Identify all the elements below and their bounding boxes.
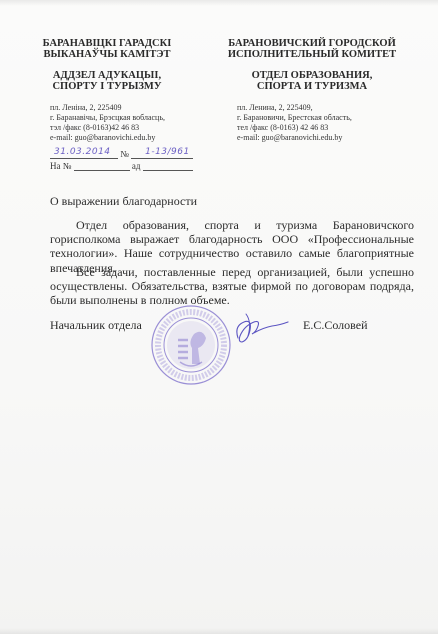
address-line2: г. Барановичи, Брестская область, bbox=[237, 113, 352, 123]
phone-fax: тел /факс (8-0163) 42 46 83 bbox=[237, 123, 352, 133]
from-label: ад bbox=[132, 161, 141, 171]
paragraph-text: Все задачи, поставленные перед организац… bbox=[50, 265, 414, 307]
dept-name-line1: АДДЗЕЛ АДУКАЦЫІ, bbox=[32, 70, 182, 81]
subject-line: О выражении благодарности bbox=[50, 194, 197, 209]
address-line1: пл. Леніна, 2, 225409 bbox=[50, 103, 165, 113]
handwritten-date: 31.03.2014 bbox=[54, 147, 111, 157]
letter-page: БАРАНАВІЦКІ ГАРАДСКІ ВЫКАНАЎЧЫ КАМІТЭТ А… bbox=[0, 0, 438, 634]
ref-number-field bbox=[74, 159, 130, 171]
email: e-mail: guo@baranovichi.edu.by bbox=[237, 133, 352, 143]
address-line1: пл. Ленина, 2, 225409, bbox=[237, 103, 352, 113]
date-field: 31.03.2014 bbox=[50, 147, 118, 159]
letterhead-belarusian: БАРАНАВІЦКІ ГАРАДСКІ ВЫКАНАЎЧЫ КАМІТЭТ А… bbox=[32, 38, 182, 92]
letterhead-russian: БАРАНОВИЧСКИЙ ГОРОДСКОЙ ИСПОЛНИТЕЛЬНЫЙ К… bbox=[222, 38, 402, 92]
dept-name-line2: СПОРТУ І ТУРЫЗМУ bbox=[32, 81, 182, 92]
number-field: 1-13/961 bbox=[131, 147, 193, 159]
address-line2: г. Баранавічы, Брэсцкая вобласць, bbox=[50, 113, 165, 123]
org-name-line2: ИСПОЛНИТЕЛЬНЫЙ КОМИТЕТ bbox=[222, 49, 402, 60]
signatory-title: Начальник отдела bbox=[50, 318, 142, 333]
ref-date-field bbox=[143, 159, 193, 171]
ref-label: На № bbox=[50, 161, 71, 171]
registration-block: 31.03.2014 № 1-13/961 На № ад bbox=[50, 147, 193, 171]
email: e-mail: guo@baranovichi.edu.by bbox=[50, 133, 165, 143]
handwritten-number: 1-13/961 bbox=[145, 147, 190, 157]
body-paragraph-2: Все задачи, поставленные перед организац… bbox=[50, 265, 414, 308]
org-name-line1: БАРАНОВИЧСКИЙ ГОРОДСКОЙ bbox=[222, 38, 402, 49]
dept-name-line1: ОТДЕЛ ОБРАЗОВАНИЯ, bbox=[222, 70, 402, 81]
signatory-name: Е.С.Соловей bbox=[303, 318, 368, 333]
signature-icon bbox=[232, 310, 292, 350]
dept-name-line2: СПОРТА И ТУРИЗМА bbox=[222, 81, 402, 92]
scan-shadow bbox=[0, 0, 438, 6]
org-name-line1: БАРАНАВІЦКІ ГАРАДСКІ bbox=[32, 38, 182, 49]
org-name-line2: ВЫКАНАЎЧЫ КАМІТЭТ bbox=[32, 49, 182, 60]
address-belarusian: пл. Леніна, 2, 225409 г. Баранавічы, Брэ… bbox=[50, 103, 165, 143]
phone-fax: тэл /факс (8-0163)42 46 83 bbox=[50, 123, 165, 133]
number-label: № bbox=[120, 149, 129, 159]
address-russian: пл. Ленина, 2, 225409, г. Барановичи, Бр… bbox=[237, 103, 352, 143]
official-stamp-icon bbox=[150, 304, 232, 386]
